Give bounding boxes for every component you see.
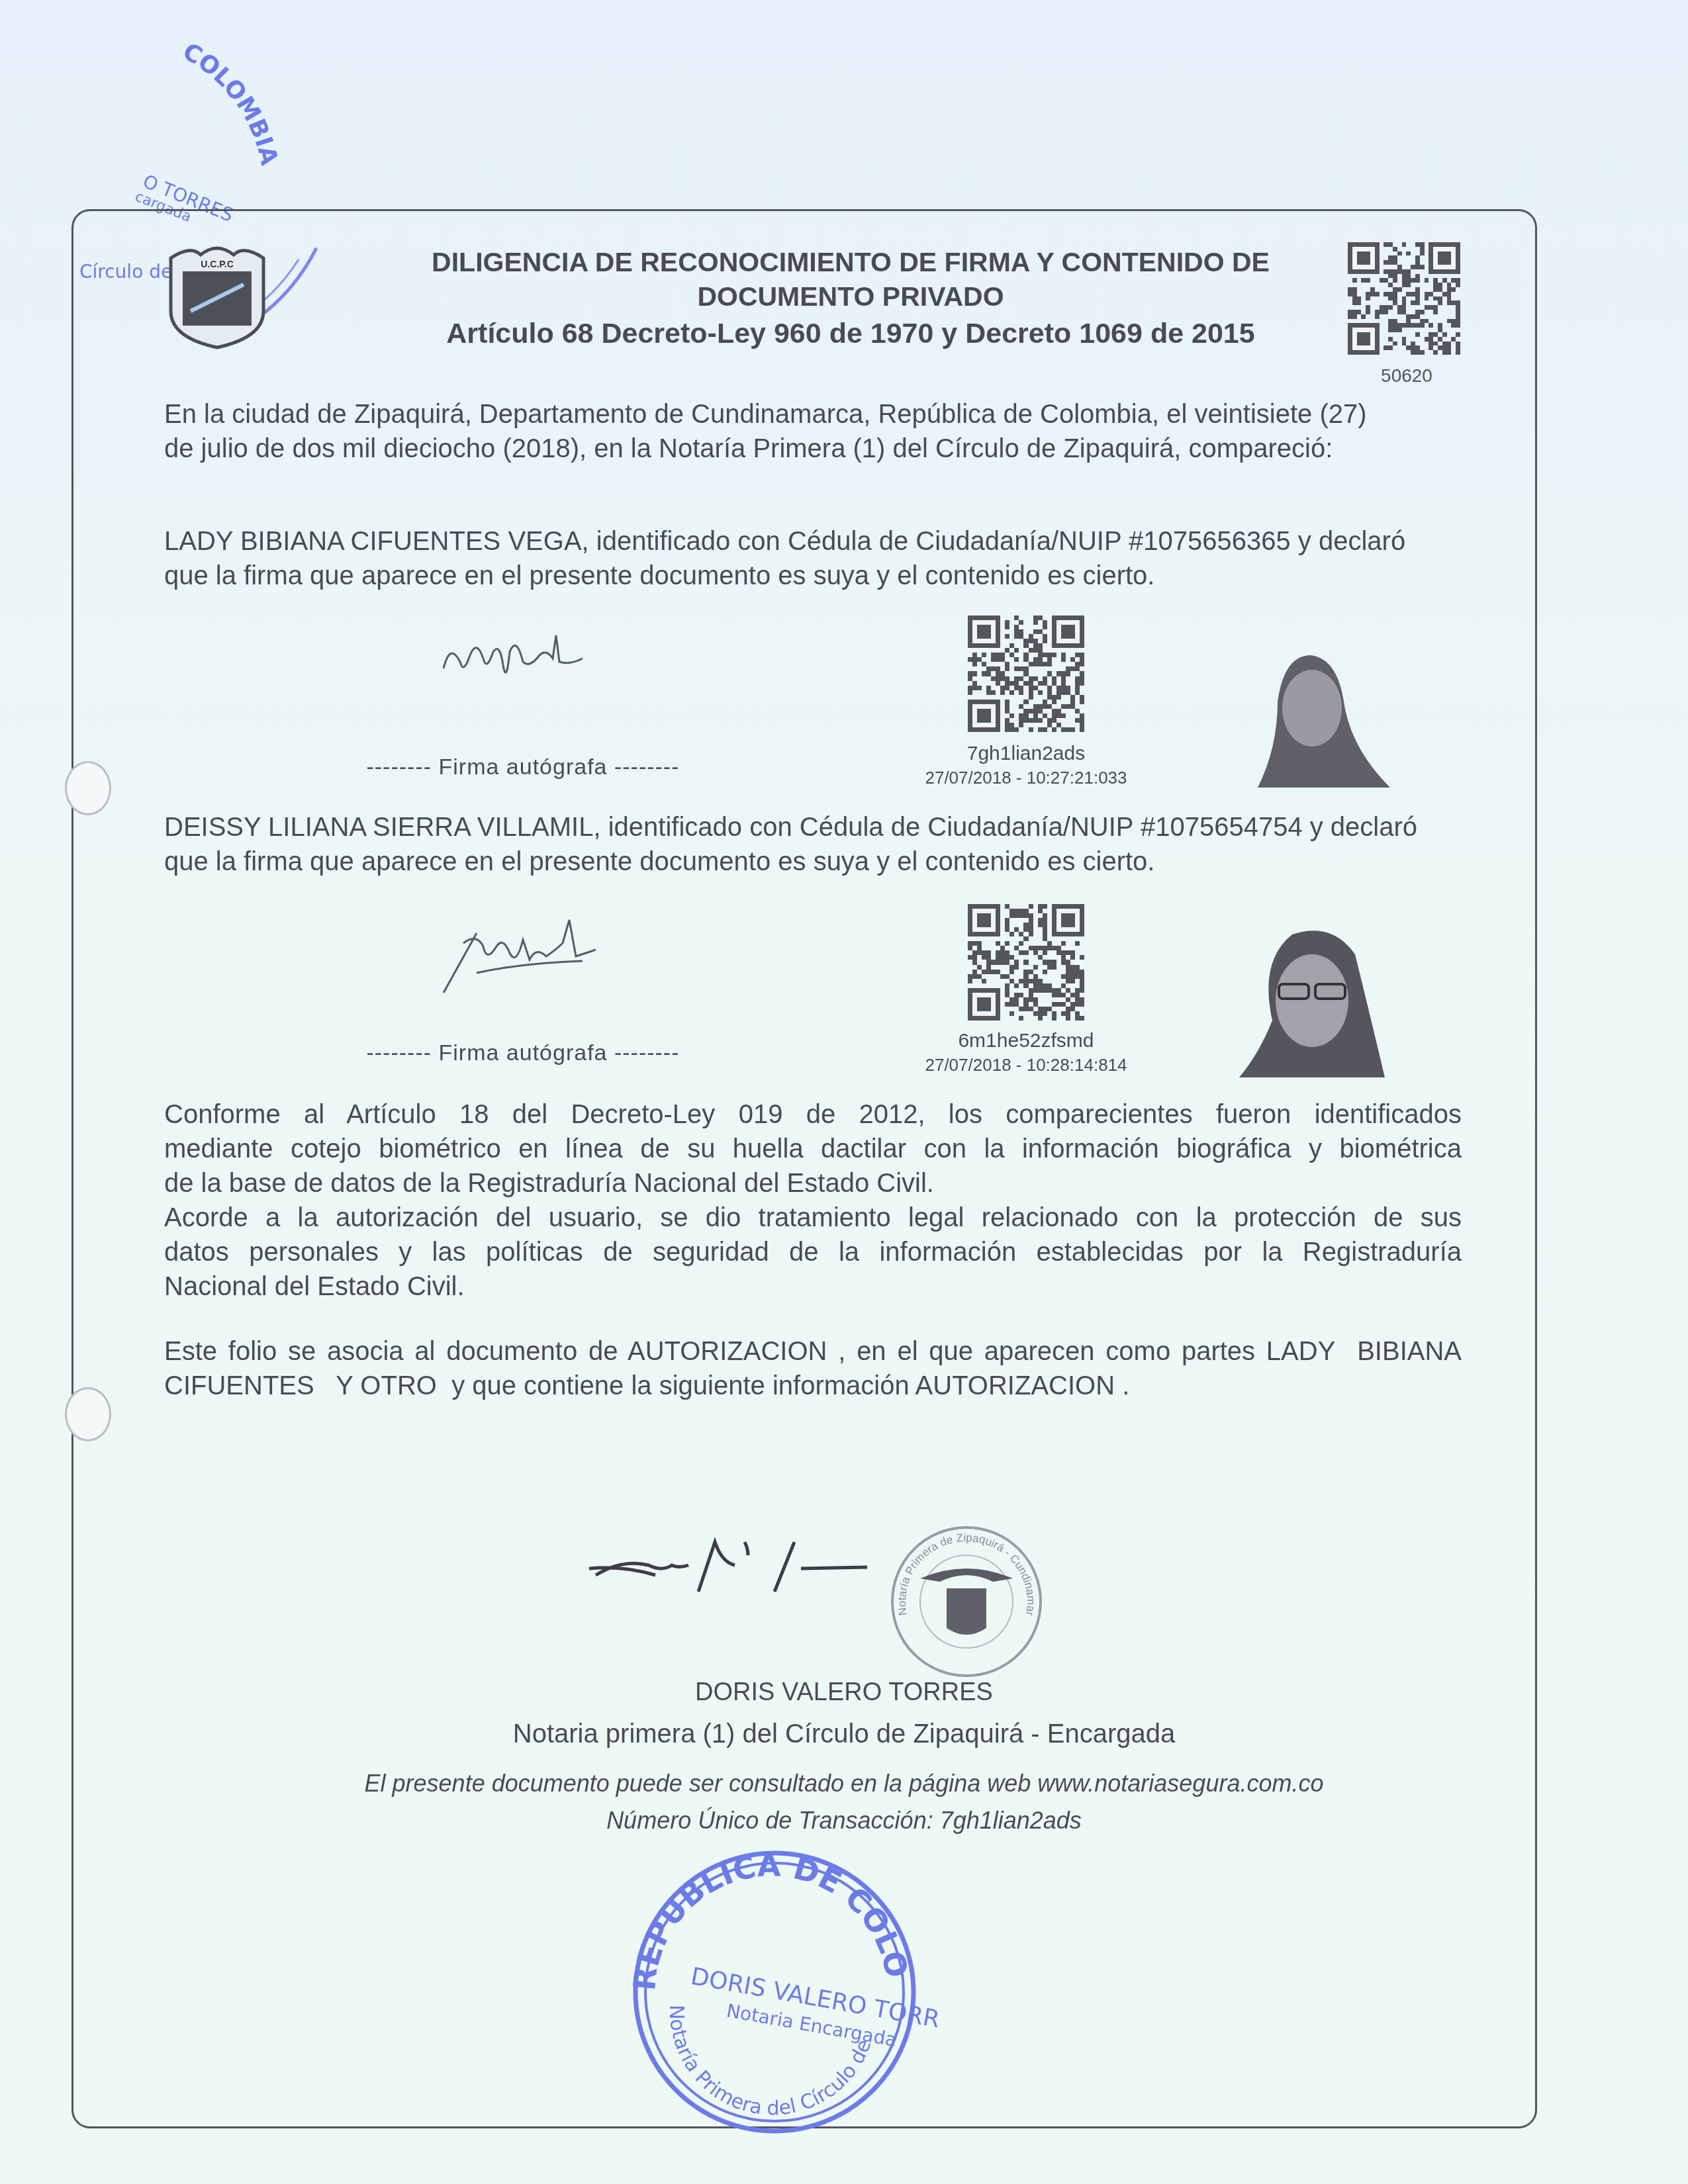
signature-2: [437, 913, 602, 999]
signature-1: [430, 622, 596, 695]
signatory-1-timestamp: 27/07/2018 - 10:27:21:033: [887, 768, 1165, 788]
signatory-1-photo: [1238, 649, 1397, 791]
association-paragraph: Este folio se asocia al documento de AUT…: [164, 1334, 1462, 1403]
notary-blue-stamp: REPUBLICA DE COLOMBIA DORIS VALERO TORRE…: [609, 1833, 940, 2138]
qr-code: [1348, 242, 1460, 355]
punch-hole: [65, 761, 111, 815]
svg-text:COLOMBIA: COLOMBIA: [178, 38, 283, 168]
signatory-1-transaction-id: 7gh1lian2ads: [907, 743, 1145, 765]
notary-name: DORIS VALERO TORRES: [199, 1678, 1489, 1707]
signatory-1-declaration: LADY BIBIANA CIFUENTES VEGA, identificad…: [164, 524, 1462, 593]
signatory-2-transaction-id: 6m1he52zfsmd: [907, 1030, 1145, 1052]
document-title: DILIGENCIA DE RECONOCIMIENTO DE FIRMA Y …: [371, 245, 1331, 314]
notary-role: Notaria primera (1) del Círculo de Zipaq…: [199, 1719, 1489, 1749]
signature-2-label: -------- Firma autógrafa --------: [291, 1040, 755, 1066]
signatory-2-photo: [1233, 921, 1391, 1079]
signature-1-label: -------- Firma autógrafa --------: [291, 754, 755, 780]
biometric-paragraph: Conforme al Artículo 18 del Decreto-Ley …: [164, 1097, 1462, 1304]
transaction-number-note: Número Único de Transacción: 7gh1lian2ad…: [199, 1807, 1489, 1835]
document-subtitle: Artículo 68 Decreto-Ley 960 de 1970 y De…: [371, 318, 1331, 350]
svg-text:REPUBLICA DE COLOMBIA: REPUBLICA DE COLOMBIA: [609, 1833, 915, 1992]
punch-hole: [65, 1387, 111, 1441]
signatory-2-timestamp: 27/07/2018 - 10:28:14:814: [887, 1055, 1165, 1075]
web-consult-note: El presente documento puede ser consulta…: [199, 1770, 1489, 1797]
signatory-1-qr-code: [968, 615, 1084, 732]
notary-logo-shield: U.C.P.C: [164, 238, 270, 351]
notary-signature: [583, 1529, 887, 1602]
notary-seal: Notaría Primera de Zipaquirá - Cundinama…: [880, 1516, 1053, 1688]
intro-paragraph: En la ciudad de Zipaquirá, Departamento …: [164, 397, 1462, 466]
signatory-2-declaration: DEISSY LILIANA SIERRA VILLAMIL, identifi…: [164, 810, 1462, 879]
signatory-2-qr-code: [968, 904, 1084, 1021]
qr-number: 50620: [1350, 365, 1463, 387]
svg-text:U.C.P.C: U.C.P.C: [201, 259, 234, 269]
